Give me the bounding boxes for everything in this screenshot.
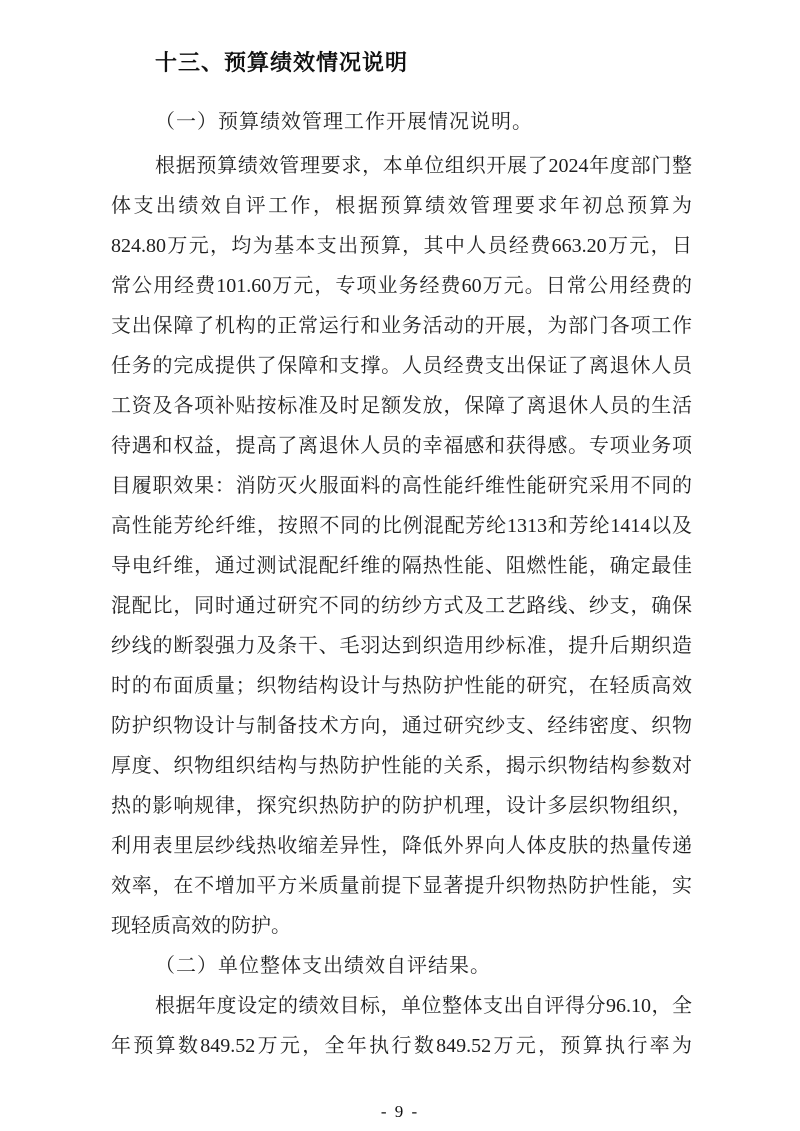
subsection-2-title: （二）单位整体支出绩效自评结果。 xyxy=(111,946,692,986)
page-number: - 9 - xyxy=(0,1098,800,1126)
paragraph-1-line: 待遇和权益，提高了离退休人员的幸福感和获得感。专项业务项 xyxy=(111,426,692,466)
section-heading: 十三、预算绩效情况说明 xyxy=(155,48,408,78)
paragraph-1-line: 根据预算绩效管理要求，本单位组织开展了2024年度部门整 xyxy=(111,146,692,186)
paragraph-1-line: 工资及各项补贴按标准及时足额发放，保障了离退休人员的生活 xyxy=(111,386,692,426)
paragraph-1-line: 利用表里层纱线热收缩差异性，降低外界向人体皮肤的热量传递 xyxy=(111,826,692,866)
paragraph-2-line: 年预算数849.52万元，全年执行数849.52万元，预算执行率为 xyxy=(111,1026,692,1066)
paragraph-1-line: 混配比，同时通过研究不同的纺纱方式及工艺路线、纱支，确保 xyxy=(111,586,692,626)
paragraph-1-line: 任务的完成提供了保障和支撑。人员经费支出保证了离退休人员 xyxy=(111,346,692,386)
paragraph-1-line: 高性能芳纶纤维，按照不同的比例混配芳纶1313和芳纶1414以及 xyxy=(111,506,692,546)
paragraph-1-line: 824.80万元，均为基本支出预算，其中人员经费663.20万元，日 xyxy=(111,226,692,266)
paragraph-1-line: 防护织物设计与制备技术方向，通过研究纱支、经纬密度、织物 xyxy=(111,706,692,746)
paragraph-1-line: 支出保障了机构的正常运行和业务活动的开展，为部门各项工作 xyxy=(111,306,692,346)
paragraph-2-line: 根据年度设定的绩效目标，单位整体支出自评得分96.10，全 xyxy=(111,986,692,1026)
paragraph-1-line: 热的影响规律，探究织热防护的防护机理，设计多层织物组织， xyxy=(111,786,692,826)
paragraph-1-line: 现轻质高效的防护。 xyxy=(111,906,692,946)
paragraph-1-line: 时的布面质量；织物结构设计与热防护性能的研究，在轻质高效 xyxy=(111,666,692,706)
paragraph-1-line: 常公用经费101.60万元，专项业务经费60万元。日常公用经费的 xyxy=(111,266,692,306)
document-page: 十三、预算绩效情况说明 （一）预算绩效管理工作开展情况说明。 根据预算绩效管理要… xyxy=(0,0,800,1131)
paragraph-1-line: 导电纤维，通过测试混配纤维的隔热性能、阻燃性能，确定最佳 xyxy=(111,546,692,586)
paragraph-1-line: 效率，在不增加平方米质量前提下显著提升织物热防护性能，实 xyxy=(111,866,692,906)
paragraph-1-line: 厚度、织物组织结构与热防护性能的关系，揭示织物结构参数对 xyxy=(111,746,692,786)
paragraph-1-line: 目履职效果：消防灭火服面料的高性能纤维性能研究采用不同的 xyxy=(111,466,692,506)
subsection-1-title: （一）预算绩效管理工作开展情况说明。 xyxy=(111,102,692,142)
paragraph-1-line: 纱线的断裂强力及条干、毛羽达到织造用纱标准，提升后期织造 xyxy=(111,626,692,666)
paragraph-1-line: 体支出绩效自评工作，根据预算绩效管理要求年初总预算为 xyxy=(111,186,692,226)
